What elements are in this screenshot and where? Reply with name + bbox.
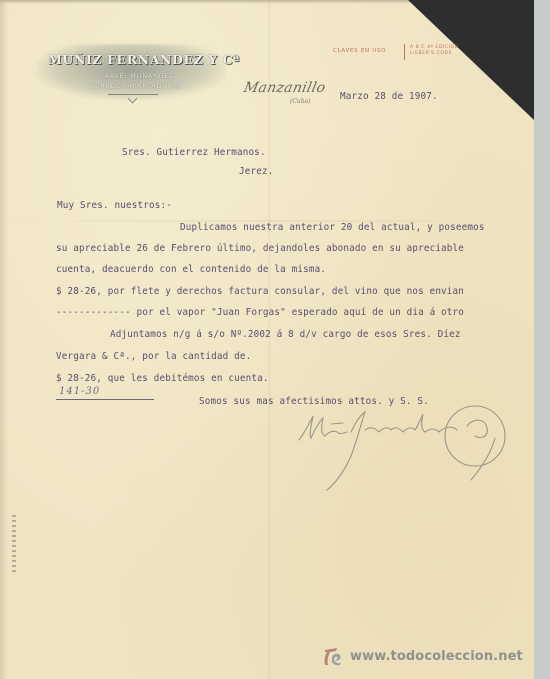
body-line: cuenta, deacuerdo con el contenido de la… (56, 264, 326, 275)
recipient-name: Sres. Gutierrez Hermanos. (122, 147, 266, 158)
watermark-text: www.todocoleccion.net (350, 649, 523, 664)
body-line: su apreciable 26 de Febrero último, deja… (56, 243, 464, 254)
claves-code-2: LIEBER'S CODE (410, 51, 459, 57)
body-line: $ 28-26, por flete y derechos factura co… (56, 286, 464, 297)
place-subtitle: (Cuba) (290, 98, 311, 105)
handwritten-note: 141-30 (59, 386, 100, 397)
body-line: ------------- por el vapor "Juan Forgas"… (56, 307, 464, 318)
signature (295, 404, 515, 494)
place-script: Manzanillo (242, 80, 327, 96)
claves-label: CLAVES EN USO (333, 48, 386, 54)
letter-date: Marzo 28 de 1907. (340, 91, 438, 102)
signature-icon (295, 404, 515, 494)
postal-address: CORREO: APARTADO 68 (40, 82, 230, 90)
salutation: Muy Sres. nuestros:- (57, 200, 172, 211)
body-line: Adjuntamos n/g á s/o Nº.2002 á 8 d/v car… (110, 329, 461, 340)
recipient-city: Jerez. (239, 166, 273, 177)
margin-printer-mark (12, 515, 16, 575)
todocoleccion-logo-icon (322, 645, 344, 667)
body-line: Vergara & Cª., por la cantidad de. (56, 351, 251, 362)
letterhead: MUÑIZ FERNANDEZ Y Cª CABLE: MUNANDEZ COR… (36, 38, 226, 110)
background-strip (534, 0, 550, 679)
company-name: MUÑIZ FERNANDEZ Y Cª (48, 52, 218, 67)
cable-address: CABLE: MUNANDEZ (42, 72, 232, 80)
brace-icon (404, 44, 408, 60)
body-line: $ 28-26, que les debitémos en cuenta. (56, 373, 269, 384)
ornament-icon (108, 94, 158, 103)
underline-rule (56, 399, 154, 400)
watermark: www.todocoleccion.net (322, 645, 523, 667)
claves-codes: A B C 4ª EDICION LIEBER'S CODE (410, 45, 459, 57)
paper-left-shadow (0, 0, 8, 679)
body-line: Duplicamos nuestra anterior 20 del actua… (180, 222, 485, 233)
